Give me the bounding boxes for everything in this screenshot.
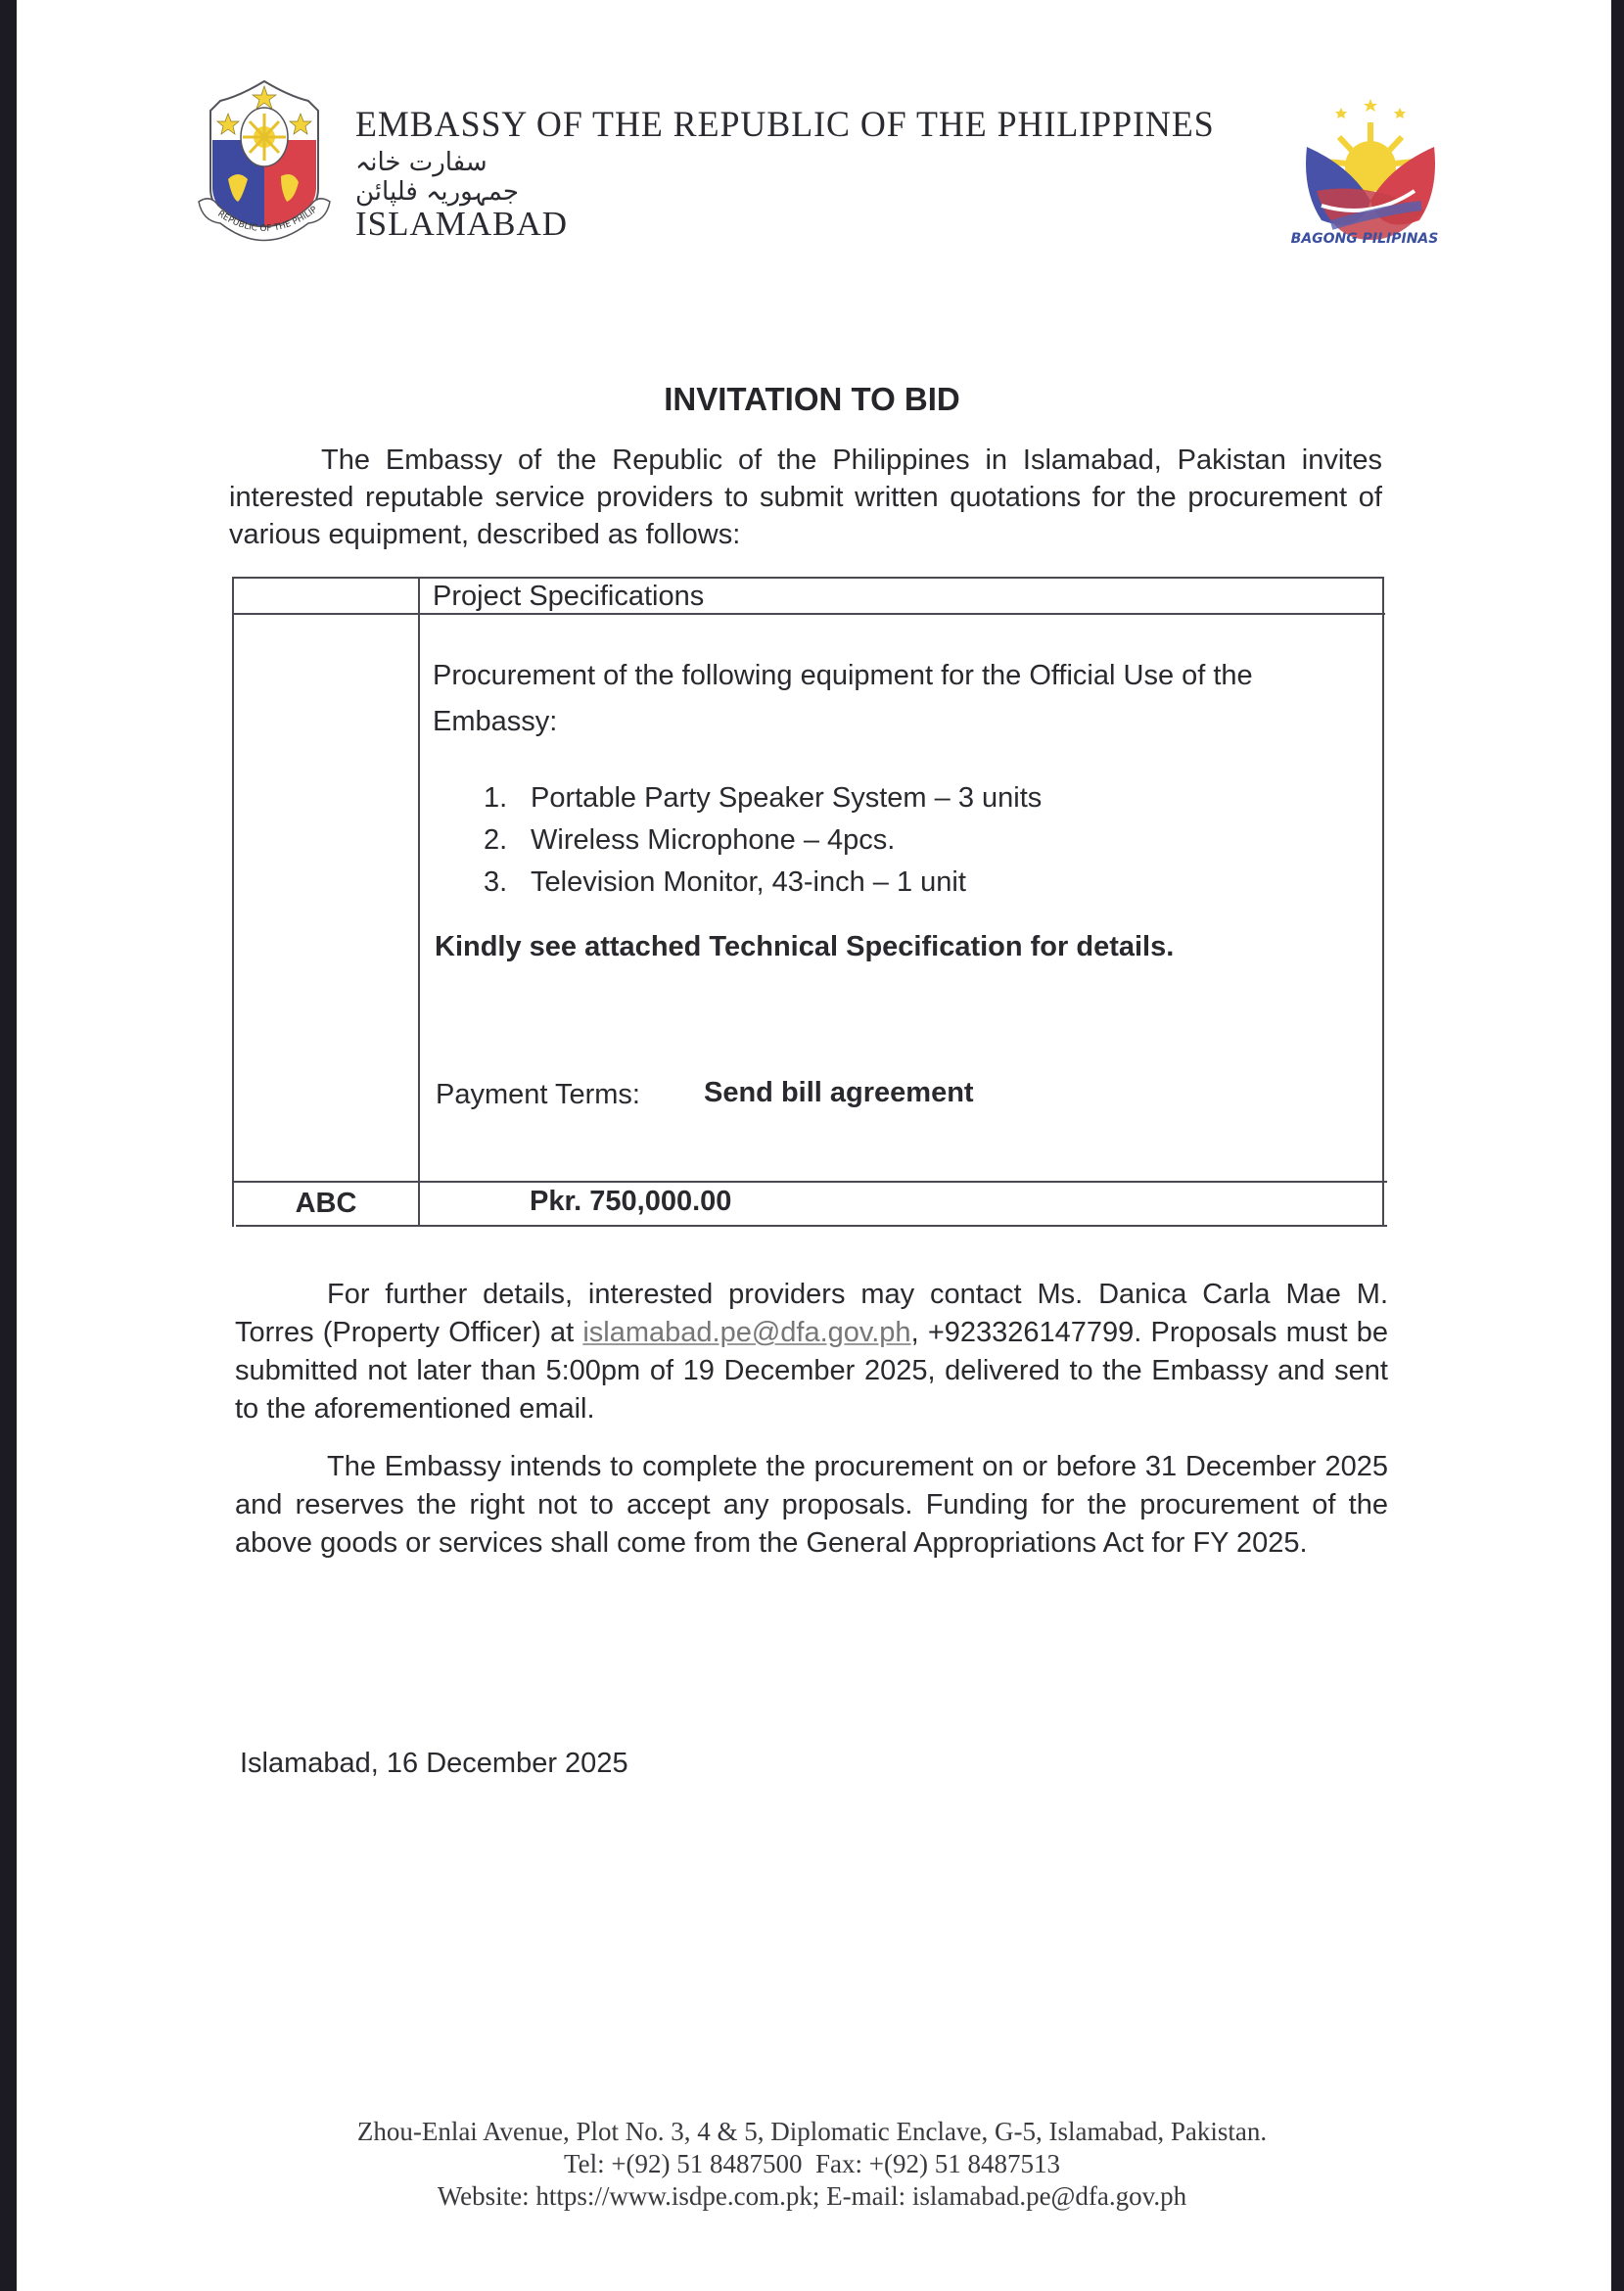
document-title: INVITATION TO BID (0, 381, 1624, 418)
contact-email-link[interactable]: islamabad.pe@dfa.gov.ph (582, 1317, 910, 1348)
list-item: 2.Wireless Microphone – 4pcs. (484, 819, 1042, 862)
equipment-list: 1.Portable Party Speaker System – 3 unit… (484, 777, 1042, 904)
footer-address: Zhou-Enlai Avenue, Plot No. 3, 4 & 5, Di… (0, 2116, 1624, 2148)
philippine-coat-of-arms-icon: REPUBLIC OF THE PHILIPPINES (191, 76, 338, 248)
abc-label: ABC (232, 1188, 420, 1220)
embassy-name: EMBASSY OF THE REPUBLIC OF THE PHILIPPIN… (355, 104, 1215, 146)
bagong-pilipinas-logo-icon (1292, 93, 1449, 250)
footer-phones: Tel: +(92) 51 8487500 Fax: +(92) 51 8487… (0, 2148, 1624, 2180)
table-header-project-specifications: Project Specifications (433, 581, 704, 613)
contact-paragraph: For further details, interested provider… (235, 1276, 1388, 1428)
payment-terms-label: Payment Terms: (436, 1079, 640, 1111)
list-item: 1.Portable Party Speaker System – 3 unit… (484, 777, 1042, 819)
embassy-name-urdu: سفارت خانہ جمہوریہ فلپائن (355, 148, 580, 207)
bagong-pilipinas-text: BAGONG PILIPINAS (1282, 231, 1447, 247)
procurement-description: Procurement of the following equipment f… (433, 653, 1353, 745)
list-item: 3.Television Monitor, 43-inch – 1 unit (484, 862, 1042, 904)
embassy-city: ISLAMABAD (355, 205, 1241, 244)
funding-paragraph: The Embassy intends to complete the proc… (235, 1448, 1388, 1563)
abc-value: Pkr. 750,000.00 (530, 1186, 731, 1218)
footer: Zhou-Enlai Avenue, Plot No. 3, 4 & 5, Di… (0, 2116, 1624, 2213)
payment-terms-value: Send bill agreement (704, 1077, 974, 1109)
scan-border-left (0, 0, 17, 2291)
specifications-table: Project Specifications Procurement of th… (232, 577, 1387, 1228)
footer-web: Website: https://www.isdpe.com.pk; E-mai… (0, 2180, 1624, 2213)
dateline: Islamabad, 16 December 2025 (240, 1748, 628, 1780)
scan-border-right (1611, 0, 1624, 2291)
intro-paragraph: The Embassy of the Republic of the Phili… (229, 442, 1382, 553)
technical-spec-note: Kindly see attached Technical Specificat… (435, 931, 1174, 963)
